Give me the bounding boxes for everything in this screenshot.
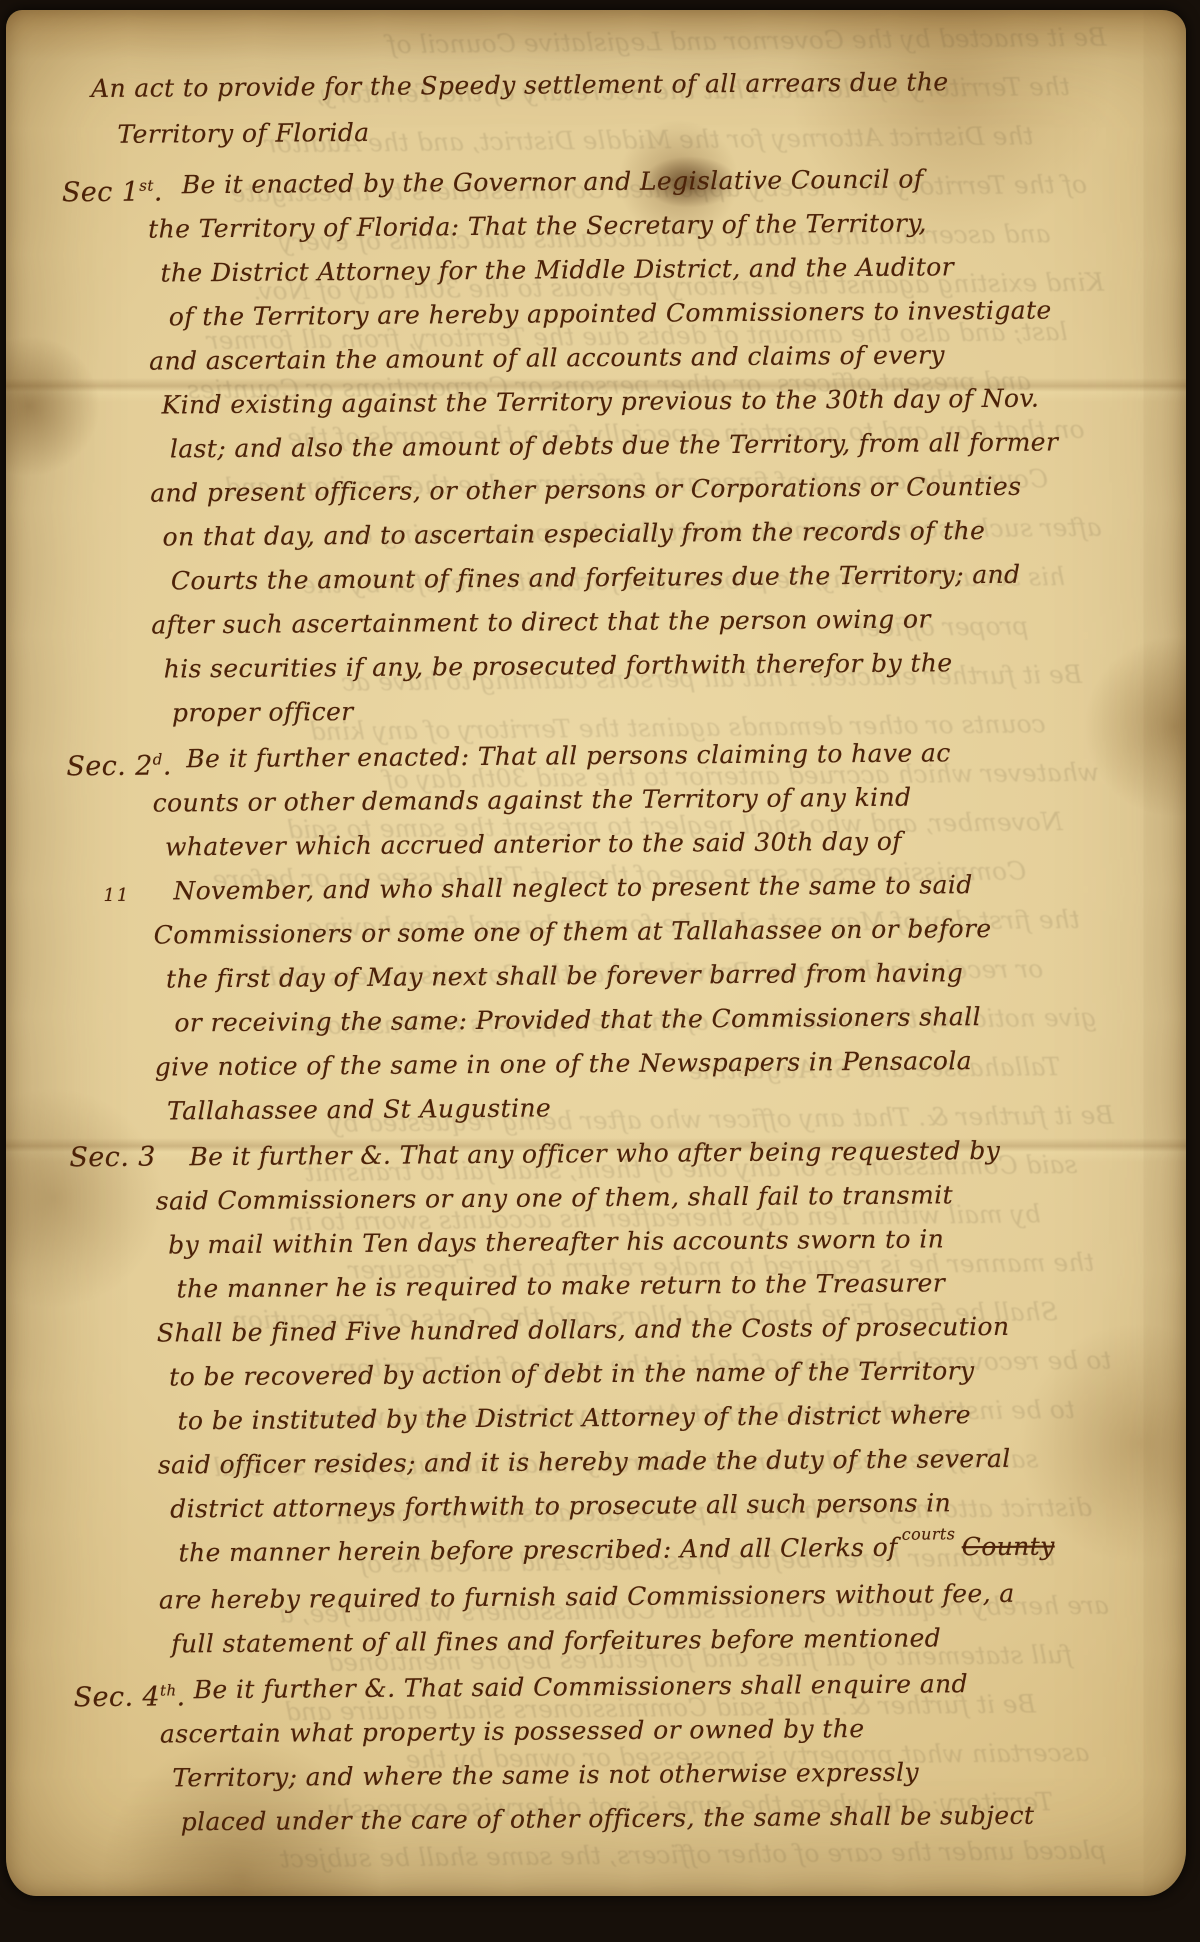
manuscript-line: Commissioners or some one of them at Tal… [154, 906, 1146, 958]
manuscript-line: placed under the care of other officers,… [181, 1793, 1153, 1845]
section-label: Sec. 3 [69, 1136, 156, 1181]
section-label-ordinal: st [139, 177, 154, 195]
manuscript-line: last; and also the amount of debts due t… [170, 420, 1142, 472]
margin-note: 11 [103, 874, 130, 918]
manuscript-line: Kind existing against the Territory prev… [161, 376, 1141, 428]
section-label-ordinal: d [153, 750, 163, 768]
manuscript-line: of the Territory are hereby appointed Co… [169, 288, 1141, 340]
manuscript-line: district attorneys forthwith to prosecut… [170, 1480, 1150, 1532]
manuscript-line: to be instituted by the District Attorne… [177, 1392, 1149, 1444]
manuscript-line: said Commissioners or any one of them, s… [156, 1172, 1148, 1224]
manuscript-line: and present officers, or other persons o… [150, 464, 1142, 516]
manuscript-line: the Territory of Florida: That the Secre… [148, 200, 1140, 252]
manuscript-line: proper officer [172, 684, 1144, 736]
manuscript-line: the first day of May next shall be forev… [166, 950, 1146, 1002]
manuscript-line: the manner herein before prescribed: And… [178, 1524, 1150, 1579]
manuscript-line: the District Attorney for the Middle Dis… [160, 244, 1140, 296]
manuscript-line: after such ascertainment to direct that … [151, 596, 1143, 648]
manuscript-line: Tallahassee and St Augustine [167, 1082, 1147, 1134]
manuscript-line: Be it further &. That said Commissioners… [171, 1661, 1151, 1713]
manuscript-line: are hereby required to furnish said Comm… [159, 1571, 1151, 1623]
document-title-line: An act to provide for the Speedy settlem… [91, 58, 1139, 112]
manuscript-text: An act to provide for the Speedy settlem… [59, 58, 1153, 1880]
manuscript-line: Territory; and where the same is not oth… [172, 1749, 1152, 1801]
manuscript-line: Be it further enacted: That all persons … [164, 730, 1144, 782]
manuscript-line: Shall be fined Five hundred dollars, and… [157, 1304, 1149, 1356]
manuscript-line: said officer resides; and it is hereby m… [158, 1436, 1150, 1488]
manuscript-line: Courts the amount of fines and forfeitur… [171, 552, 1143, 604]
manuscript-line: his securities if any, be prosecuted for… [163, 640, 1143, 692]
manuscript-line: ascertain what property is possessed or … [160, 1705, 1152, 1757]
manuscript-line: by mail within Ten days thereafter his a… [168, 1216, 1148, 1268]
manuscript-line: Be it further &. That any officer who af… [167, 1128, 1147, 1180]
bleed-through-line: Be it enacted by the Governor and Legisl… [387, 23, 1106, 60]
manuscript-line-text: the manner herein before prescribed: And… [178, 1533, 897, 1568]
manuscript-line: November, and who shall neglect to prese… [173, 862, 1145, 914]
manuscript-line: on that day, and to ascertain especially… [162, 508, 1142, 560]
manuscript-line: Be it enacted by the Governor and Legisl… [160, 156, 1140, 208]
manuscript-line-text: November, and who shall neglect to prese… [173, 870, 973, 905]
manuscript-line: to be recovered by action of debt in the… [169, 1348, 1149, 1400]
manuscript-line: whatever which accrued anterior to the s… [165, 818, 1145, 870]
document-title-line: Territory of Florida [117, 104, 1139, 158]
struck-out-word: County [962, 1531, 1055, 1561]
manuscript-page: Be it enacted by the Governor and Legisl… [6, 10, 1186, 1896]
manuscript-line: and ascertain the amount of all accounts… [149, 332, 1141, 384]
manuscript-line: full statement of all fines and forfeitu… [171, 1615, 1151, 1667]
manuscript-line: the manner he is required to make return… [176, 1260, 1148, 1312]
section: Sec. 3Be it further &. That any officer … [67, 1128, 1151, 1667]
manuscript-line: or receiving the same: Provided that the… [174, 994, 1146, 1046]
manuscript-line: give notice of the same in one of the Ne… [155, 1038, 1147, 1090]
manuscript-line: counts or other demands against the Terr… [153, 774, 1145, 826]
inserted-word: courts [902, 1524, 956, 1543]
section: Sec. 4th.Be it further &. That said Comm… [71, 1661, 1152, 1845]
document-title: An act to provide for the Speedy settlem… [91, 58, 1140, 158]
sections-container: Sec 1st.Be it enacted by the Governor an… [60, 156, 1153, 1845]
section: Sec 1st.Be it enacted by the Governor an… [60, 156, 1144, 736]
section: Sec. 2d.Be it further enacted: That all … [64, 730, 1147, 1134]
